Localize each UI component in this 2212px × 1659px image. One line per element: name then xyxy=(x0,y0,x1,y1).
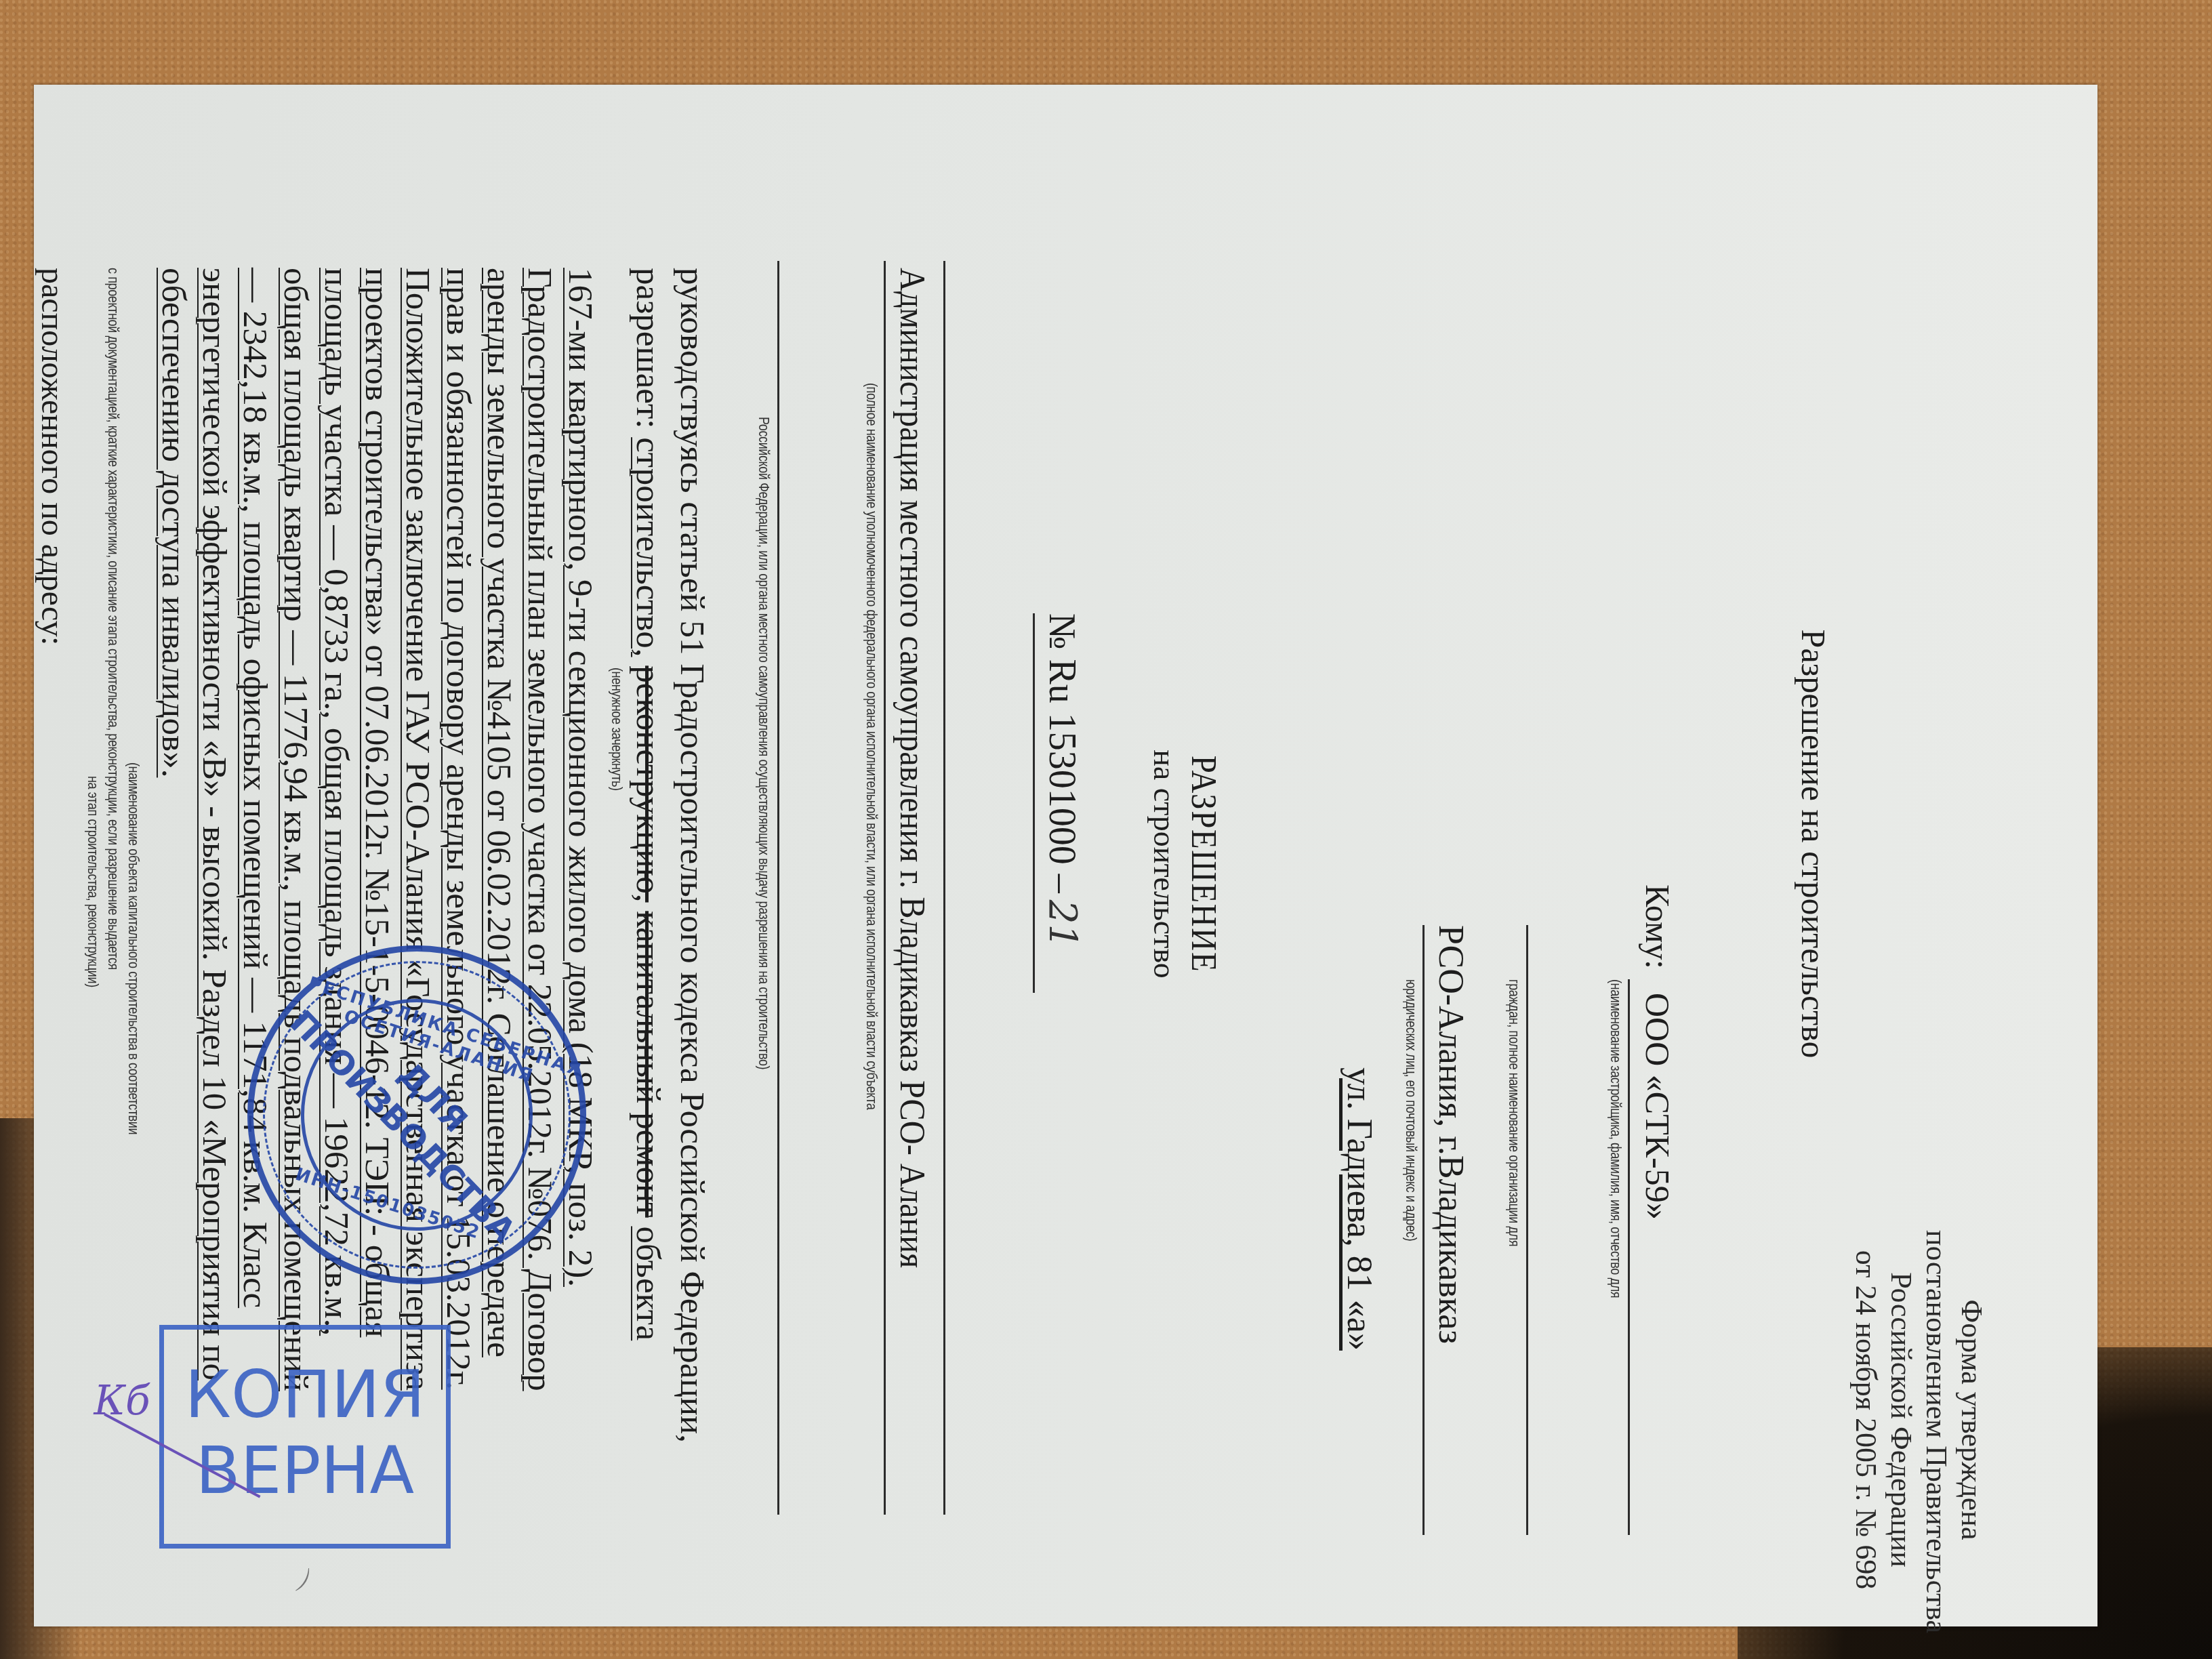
recipient-name-line xyxy=(1628,979,1630,1535)
scope-construction: строительство, xyxy=(629,437,667,657)
permit-subtitle: на строительство xyxy=(1147,559,1183,1169)
copy-stamp-line: КОПИЯ xyxy=(164,1357,446,1433)
scope-reconstruction-struck: реконструкцию, xyxy=(629,665,667,902)
object-caption: (наименование объекта капитального строи… xyxy=(125,762,142,1134)
copy-certified-stamp: КОПИЯ ВЕРНА xyxy=(159,1325,451,1549)
recipient-address-street: ул. Гадиева, 81 «а» xyxy=(1339,1067,1379,1351)
recipient-caption-2: граждан, полное наименование организации… xyxy=(1505,979,1523,1246)
issuer-caption: (полное наименование уполномоченного фед… xyxy=(863,383,880,1109)
permit-document: Форма утверждена постановлением Правител… xyxy=(34,85,2097,1626)
issuer-name: Администрация местного самоуправления г.… xyxy=(892,268,932,1268)
permit-number-line xyxy=(1033,613,1035,993)
permit-number-handwritten: 21 xyxy=(1040,900,1084,948)
object-line: энергетической эффективности «В» - высок… xyxy=(194,268,234,1380)
issuer-caption-2: Российской Федерации, или органа местног… xyxy=(755,417,773,1069)
permit-title: РАЗРЕШЕНИЕ xyxy=(1183,590,1223,1139)
recipient-label: Кому: xyxy=(1638,884,1677,969)
form-approval-line: Российской Федерации xyxy=(1883,1230,1919,1610)
object-caption-3: на этап строительства, реконструкции) xyxy=(84,776,102,987)
permit-scope: разрешает: строительство, реконструкцию,… xyxy=(628,268,668,1340)
form-approval-line: постановлением Правительства xyxy=(1919,1230,1954,1610)
issuer-line xyxy=(884,261,886,1515)
recipient-line-2 xyxy=(1526,925,1528,1535)
recipient-caption-3: юридических лиц, его почтовый индекс и а… xyxy=(1402,979,1420,1241)
recipient-address-line xyxy=(1422,925,1425,1535)
object-line: обеспечению доступа инвалидов». xyxy=(154,268,193,777)
scope-object: объекта xyxy=(629,1226,667,1340)
legal-basis: руководствуясь статьей 51 Градостроитель… xyxy=(672,268,712,1443)
object-caption-2: с проектной документацией, краткие харак… xyxy=(104,268,122,970)
strike-caption: (ненужное зачеркнуть) xyxy=(608,668,626,791)
issuer-top-line xyxy=(943,261,945,1515)
document-title: Разрешение на строительство xyxy=(1794,505,1833,1183)
scope-repair-struck: капитальный ремонт xyxy=(629,911,667,1217)
recipient-address-city: РСО-Алания, г.Владикавказ xyxy=(1431,925,1471,1344)
issuer-line-2 xyxy=(777,261,779,1515)
permit-scope-label: разрешает: xyxy=(629,268,667,428)
copy-stamp-line: ВЕРНА xyxy=(164,1433,446,1509)
permit-number-printed: № Ru 15301000 – xyxy=(1041,613,1083,893)
pen-mark: ⌒ xyxy=(272,1554,319,1597)
form-approval-line: Форма утверждена xyxy=(1954,1230,1989,1610)
form-approval-note: Форма утверждена постановлением Правител… xyxy=(1848,1230,1989,1610)
permit-number: № Ru 15301000 –21 xyxy=(1040,613,1084,948)
recipient-name: ООО «СТК-59» xyxy=(1638,993,1677,1220)
location-label: расположенного по адресу: xyxy=(34,268,71,645)
form-approval-line: от 24 ноября 2005 г. № 698 xyxy=(1848,1230,1883,1610)
handwritten-signature: Кб xyxy=(94,1377,150,1425)
recipient-caption: (наименование застройщика, фамилия, имя,… xyxy=(1607,979,1624,1298)
